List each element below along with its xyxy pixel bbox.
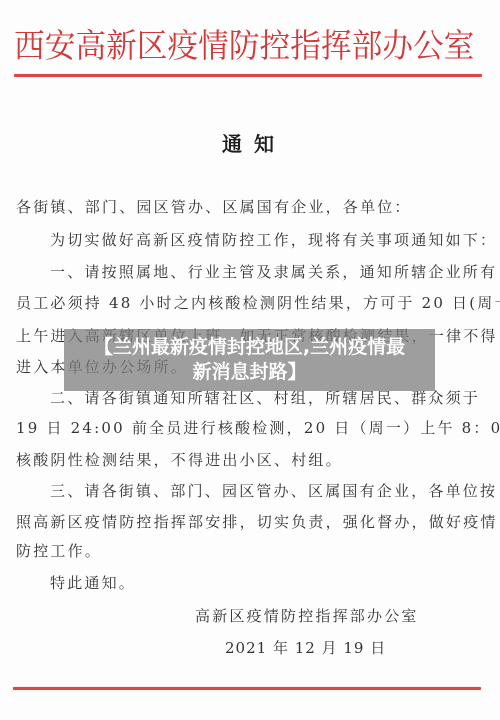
letterhead-char: 防	[229, 26, 260, 66]
letterhead-char: 西	[14, 26, 45, 66]
caption-line-2: 新消息封路】	[192, 360, 306, 385]
body-line: 员工必须持 48 小时之内核酸检测阴性结果，方可于 20 日(周一)	[16, 293, 484, 313]
body-line-item-2: 二、请各街镇通知所辖社区、村组，所辖居民、群众须于	[50, 388, 484, 408]
caption-line-1: 【兰州最新疫情封控地区,兰州疫情最	[94, 335, 405, 360]
letterhead-char: 区	[137, 26, 168, 66]
letterhead-char: 情	[198, 26, 229, 66]
body-line-item-1: 一、请按照属地、行业主管及隶属关系，通知所辖企业所有	[50, 262, 484, 282]
signature-date: 2021 年 12 月 19 日	[225, 638, 386, 658]
letterhead-char: 指	[290, 26, 321, 66]
salutation: 各街镇、部门、园区管办、区属国有企业，各单位：	[16, 197, 484, 217]
intro-paragraph: 为切实做好高新区疫情防控工作，现将有关事项通知如下：	[50, 230, 484, 250]
letterhead-char: 控	[260, 26, 291, 66]
letterhead-red-rule	[14, 74, 482, 77]
footer-red-rule	[13, 687, 481, 690]
body-line: 防控工作。	[16, 541, 484, 561]
body-line: 照高新区疫情防控指挥部安排，切实负责，强化督办，做好疫情	[16, 512, 484, 532]
body-line-item-3: 三、请各街镇、部门、园区管办、区属国有企业，各单位按	[50, 481, 484, 501]
body-line: 核酸阴性检测结果，不得进出小区、村组。	[16, 450, 484, 470]
notice-document: 西 安 高 新 区 疫 情 防 控 指 挥 部 办 公 室 通知 各街镇、部门、…	[0, 0, 500, 720]
letterhead-char: 公	[413, 26, 444, 66]
caption-overlay: 【兰州最新疫情封控地区,兰州疫情最 新消息封路】	[64, 329, 435, 391]
document-title: 通知	[0, 128, 500, 157]
body-line: 19 日 24:00 前全员进行核酸检测，20 日（周一）上午 8：00 无	[16, 418, 484, 438]
letterhead-char: 部	[352, 26, 383, 66]
letterhead-title: 西 安 高 新 区 疫 情 防 控 指 挥 部 办 公 室	[14, 26, 451, 66]
letterhead-char: 疫	[167, 26, 198, 66]
letterhead-char: 安	[45, 26, 76, 66]
closing-line: 特此通知。	[50, 573, 484, 593]
letterhead-char: 高	[75, 26, 106, 66]
signature-issuer: 高新区疫情防控指挥部办公室	[195, 606, 419, 626]
letterhead-char: 挥	[321, 26, 352, 66]
letterhead-char: 室	[444, 26, 475, 66]
letterhead-char: 办	[382, 26, 413, 66]
letterhead-char: 新	[106, 26, 137, 66]
